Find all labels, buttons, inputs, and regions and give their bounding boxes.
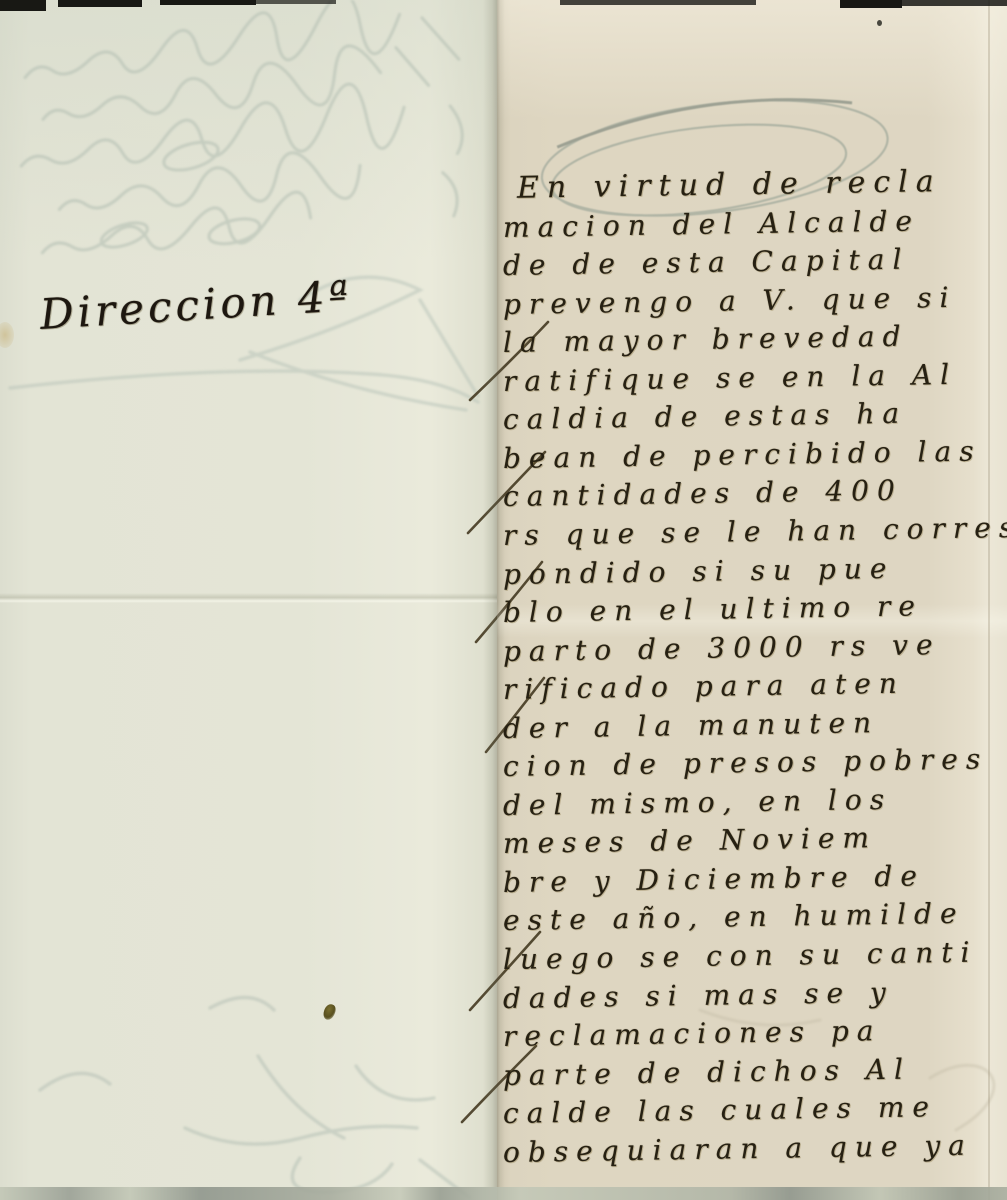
- manuscript-line: meses de Noviem: [503, 819, 1007, 861]
- manuscript-line: dades si mas se y: [503, 973, 1007, 1015]
- manuscript-line: de de esta Capital: [503, 241, 1007, 283]
- manuscript-line: caldia de estas ha: [503, 395, 1007, 437]
- manuscript-line: bean de percibido las: [503, 434, 1007, 476]
- manuscript-line: reclamaciones pa: [503, 1012, 1007, 1054]
- manuscript-line: calde las cuales me: [503, 1089, 1007, 1131]
- manuscript-line: En virtud de recla: [503, 164, 1007, 206]
- scanned-letter: Direccion 4ª En virtud de recla macion d…: [0, 0, 1007, 1200]
- scan-edge-fragment: [160, 0, 256, 5]
- scan-edge-fragment: [0, 0, 46, 11]
- manuscript-line: rificado para aten: [503, 665, 1007, 707]
- manuscript-line: prevengo a V. que si: [503, 279, 1007, 321]
- scan-edge-fragment: [256, 0, 336, 4]
- manuscript-line: del mismo, en los: [503, 781, 1007, 823]
- manuscript-text: En virtud de recla macion del Alcalde de…: [0, 0, 1007, 1200]
- scan-edge-fragment: [902, 0, 1007, 6]
- manuscript-line: macion del Alcalde: [503, 202, 1007, 244]
- scan-edge-fragment: [560, 0, 756, 5]
- scan-edge-fragment: [58, 0, 142, 7]
- manuscript-line: parto de 3000 rs ve: [503, 626, 1007, 668]
- manuscript-line: cion de presos pobres: [503, 742, 1007, 784]
- manuscript-line: obsequiaran a que ya: [503, 1128, 1007, 1170]
- manuscript-line: pondido si su pue: [503, 549, 1007, 591]
- manuscript-line: der a la manuten: [503, 704, 1007, 746]
- scan-edge-fragment: [840, 0, 902, 8]
- manuscript-line: luego se con su canti: [503, 935, 1007, 977]
- manuscript-line: parte de dichos Al: [503, 1050, 1007, 1092]
- manuscript-line: bre y Diciembre de: [503, 858, 1007, 900]
- manuscript-line: blo en el ultimo re: [503, 588, 1007, 630]
- manuscript-line: ratifique se en la Al: [503, 357, 1007, 399]
- manuscript-line: este año, en humilde: [503, 896, 1007, 938]
- manuscript-line: cantidades de 400: [503, 472, 1007, 514]
- ink-speck: [877, 20, 882, 26]
- scan-edge-bottom: [0, 1187, 1007, 1200]
- manuscript-line: la mayor brevedad: [503, 318, 1007, 360]
- manuscript-line: rs que se le han corres: [503, 511, 1007, 553]
